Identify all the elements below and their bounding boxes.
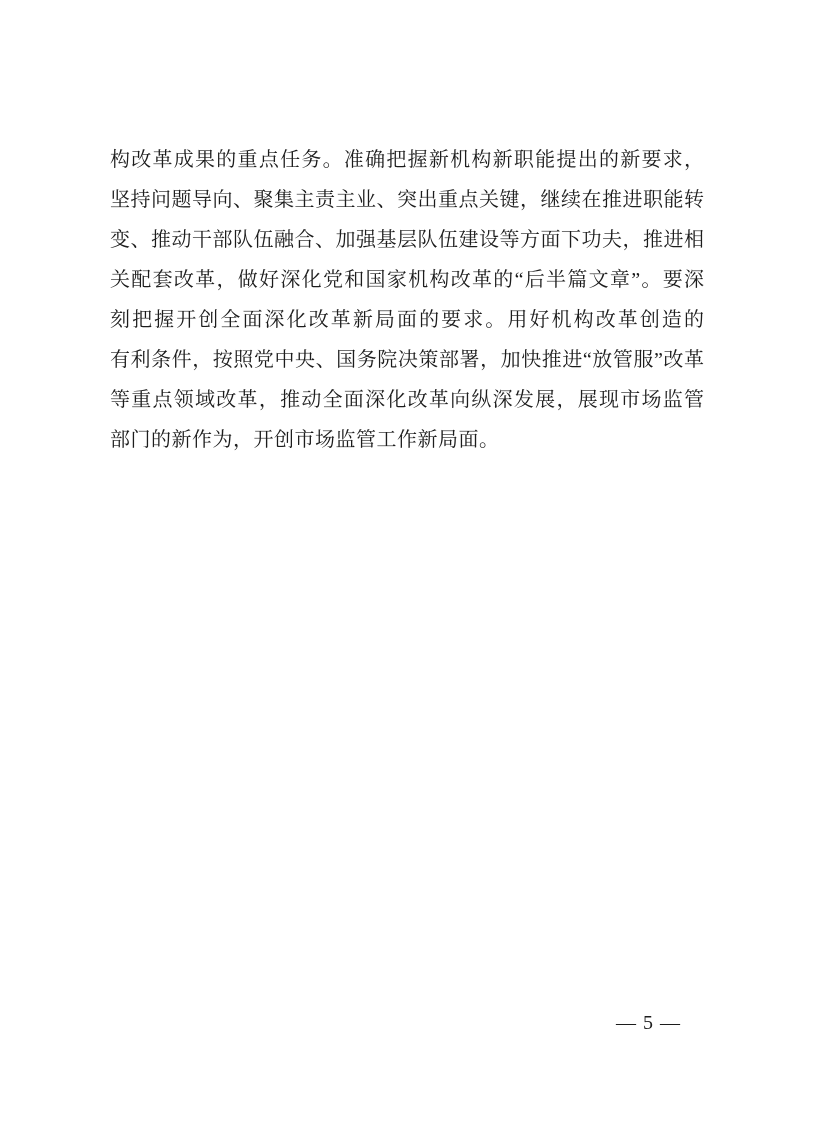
page-number: — 5 — bbox=[616, 1011, 681, 1035]
paragraph-line: 坚持问题导向、聚集主责主业、突出重点关键，继续在推进职能转 bbox=[110, 180, 704, 220]
paragraph-line: 部门的新作为，开创市场监管工作新局面。 bbox=[110, 420, 704, 460]
paragraph-line: 关配套改革，做好深化党和国家机构改革的“后半篇文章”。要深 bbox=[110, 260, 704, 300]
paragraph-line: 有利条件，按照党中央、国务院决策部署，加快推进“放管服”改革 bbox=[110, 340, 704, 380]
paragraph-line: 变、推动干部队伍融合、加强基层队伍建设等方面下功夫，推进相 bbox=[110, 220, 704, 260]
paragraph-line: 刻把握开创全面深化改革新局面的要求。用好机构改革创造的 bbox=[110, 300, 704, 340]
paragraph-line: 等重点领域改革，推动全面深化改革向纵深发展，展现市场监管 bbox=[110, 380, 704, 420]
body-text-paragraph: 构改革成果的重点任务。准确把握新机构新职能提出的新要求， 坚持问题导向、聚集主责… bbox=[110, 140, 704, 460]
paragraph-line: 构改革成果的重点任务。准确把握新机构新职能提出的新要求， bbox=[110, 140, 704, 180]
document-page: 构改革成果的重点任务。准确把握新机构新职能提出的新要求， 坚持问题导向、聚集主责… bbox=[0, 0, 816, 1145]
